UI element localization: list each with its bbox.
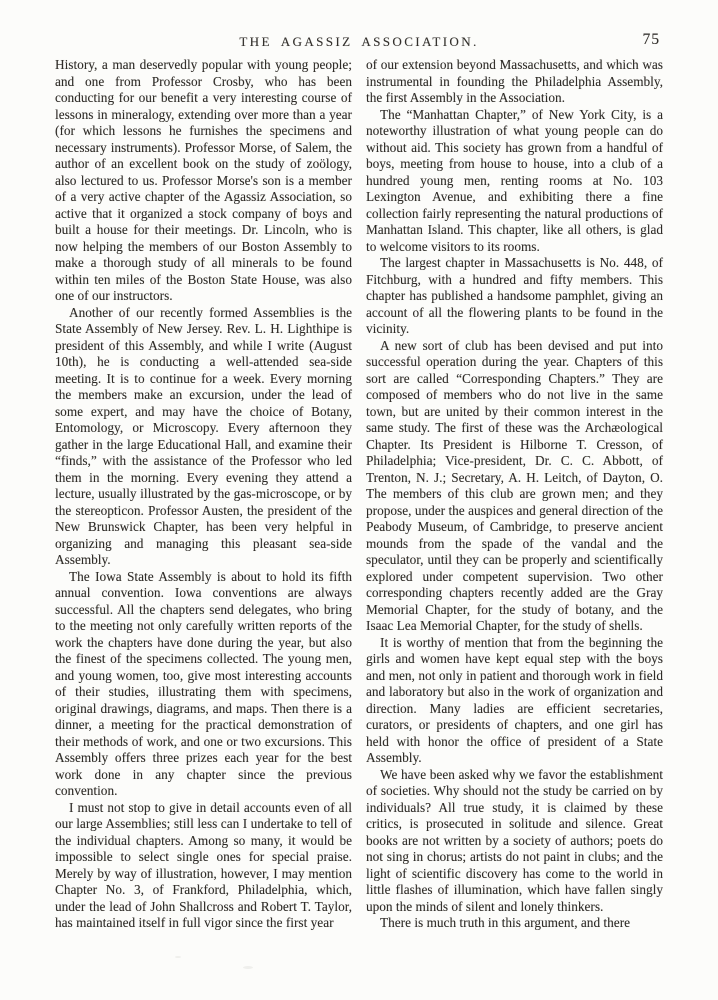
paragraph: The Iowa State Assembly is about to hold… xyxy=(55,569,352,800)
document-page: THE AGASSIZ ASSOCIATION. 75 History, a m… xyxy=(0,0,718,1000)
paragraph: We have been asked why we favor the esta… xyxy=(366,767,663,916)
scan-artifact xyxy=(175,956,181,958)
right-column: of our extension beyond Massachusetts, a… xyxy=(366,57,663,932)
paragraph: Another of our recently formed Assemblie… xyxy=(55,305,352,569)
page-header: THE AGASSIZ ASSOCIATION. 75 xyxy=(55,33,663,51)
paragraph: History, a man deservedly popular with y… xyxy=(55,57,352,305)
paragraph: There is much truth in this argument, an… xyxy=(366,915,663,932)
paragraph: A new sort of club has been devised and … xyxy=(366,338,663,635)
paragraph: The largest chapter in Massachusetts is … xyxy=(366,255,663,338)
paragraph: I must not stop to give in detail accoun… xyxy=(55,800,352,932)
paragraph: It is worthy of mention that from the be… xyxy=(366,635,663,767)
scan-artifact xyxy=(243,966,253,969)
running-title: THE AGASSIZ ASSOCIATION. xyxy=(239,34,478,49)
left-column: History, a man deservedly popular with y… xyxy=(55,57,352,932)
text-columns: History, a man deservedly popular with y… xyxy=(55,57,663,932)
paragraph: The “Manhattan Chapter,” of New York Cit… xyxy=(366,107,663,256)
paragraph: of our extension beyond Massachusetts, a… xyxy=(366,57,663,107)
page-number: 75 xyxy=(643,31,661,49)
